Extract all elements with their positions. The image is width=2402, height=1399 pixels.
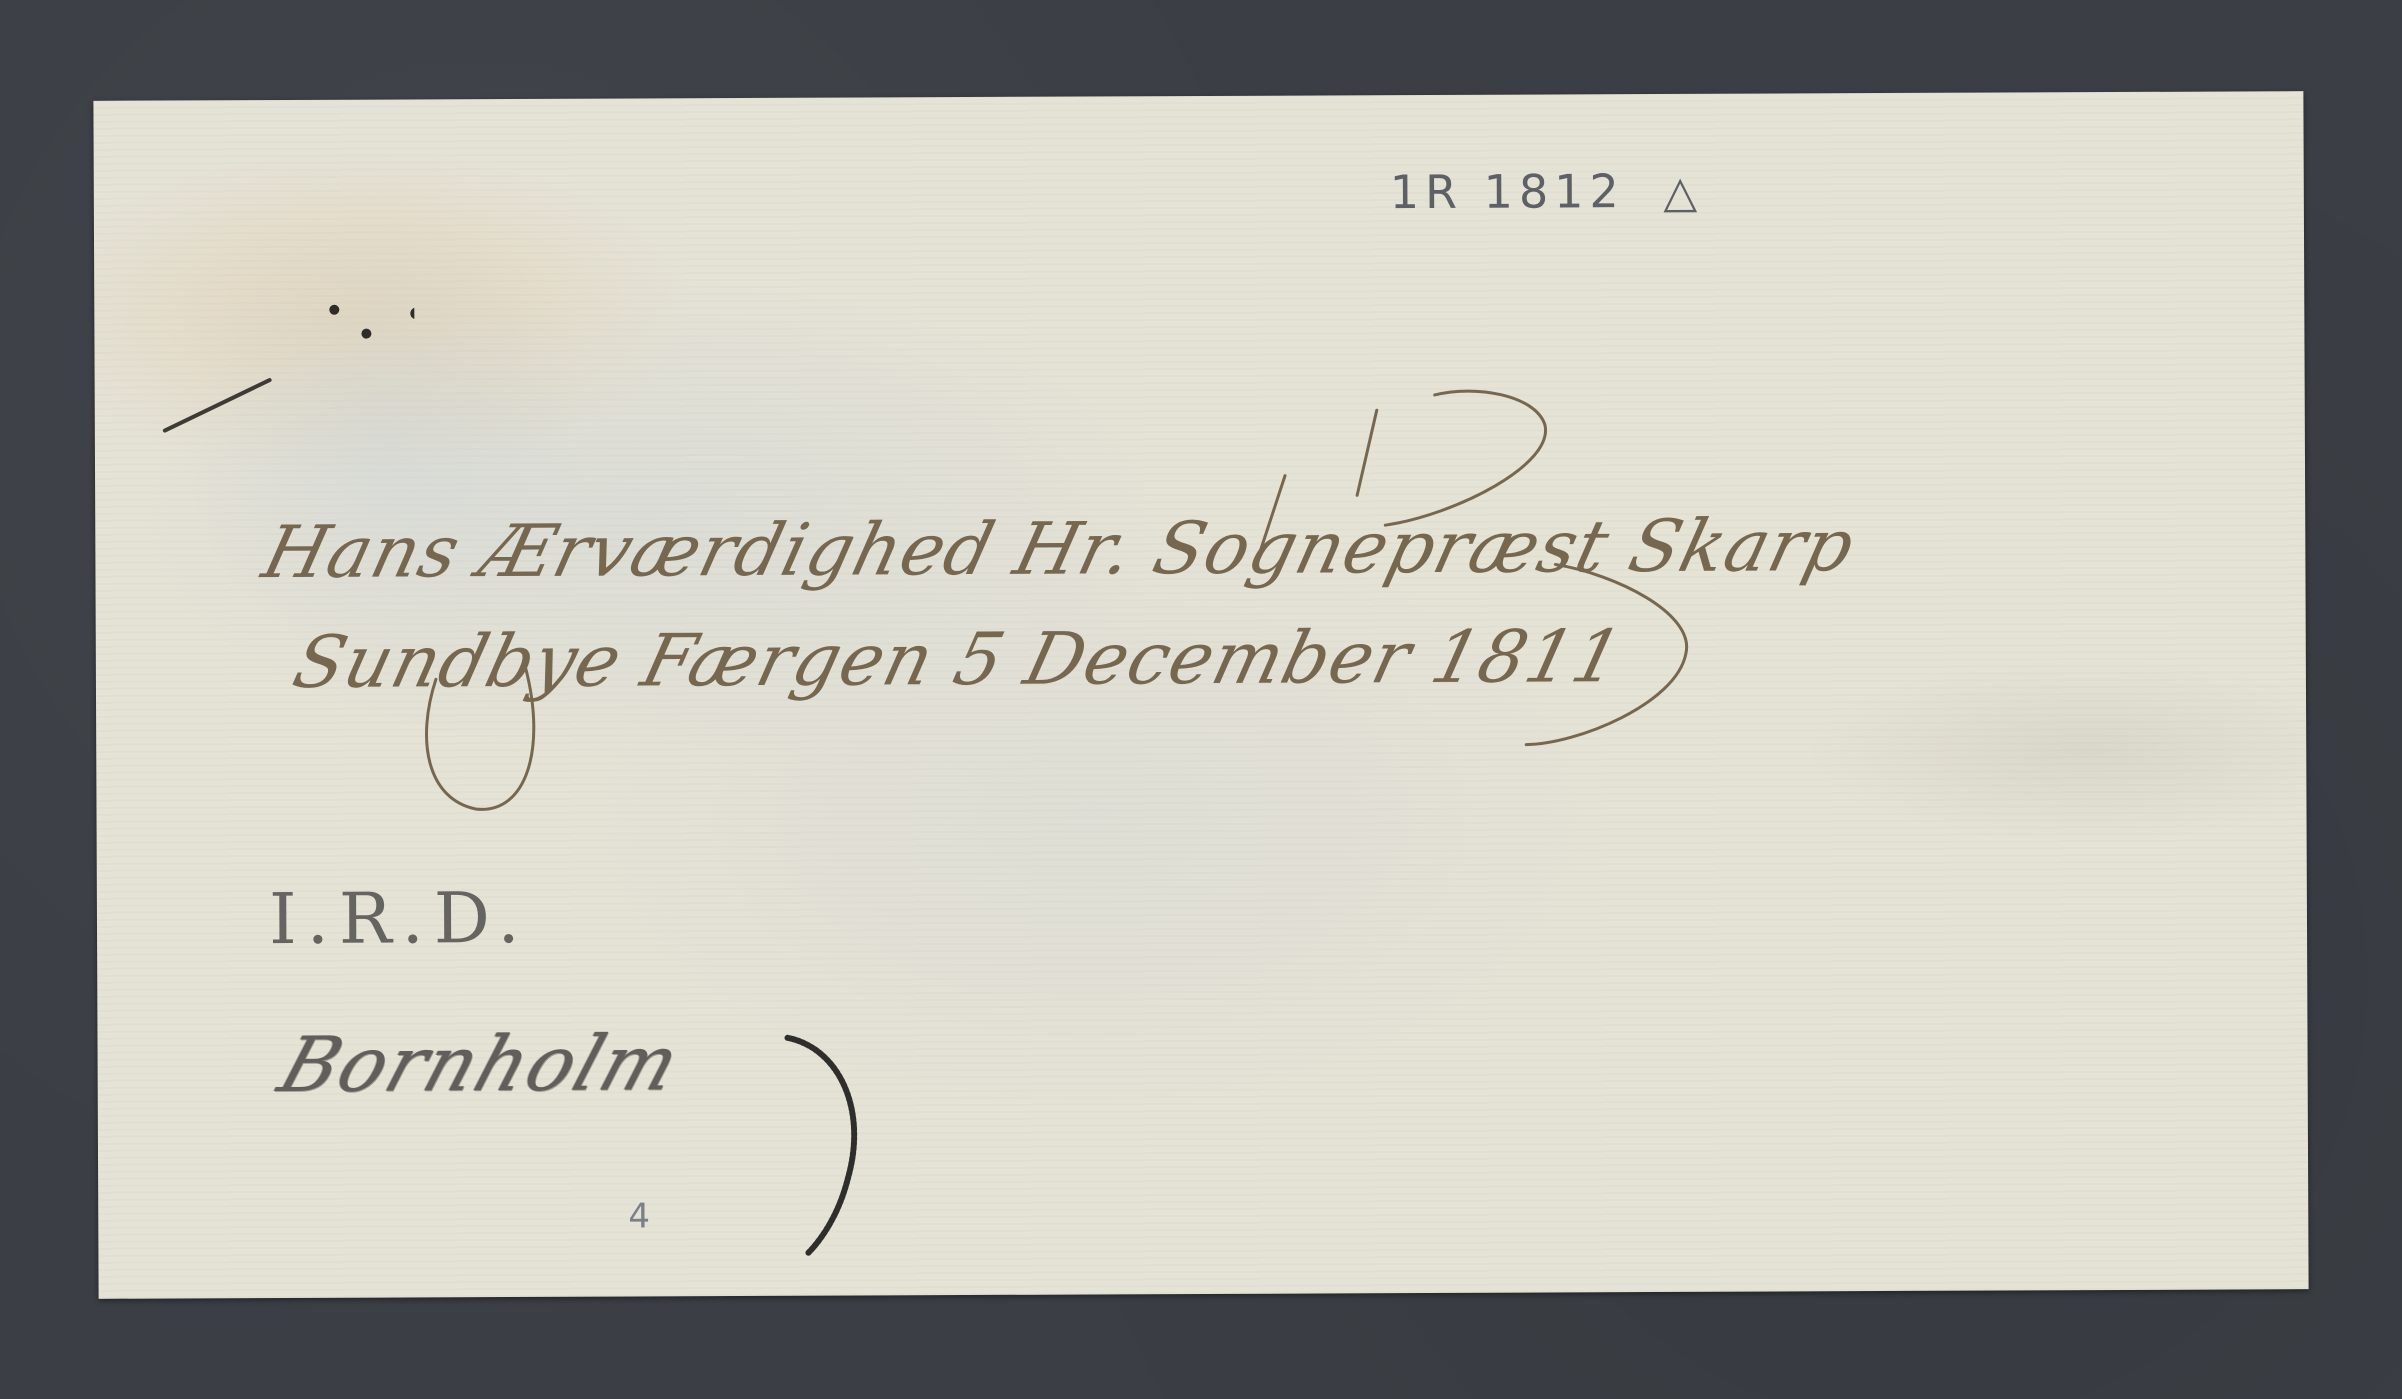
- postmark-town-script: Bornholm: [269, 1018, 691, 1109]
- letter-paper: 1R 1812 △ Hans Ærværdighed Hr. Sognepræs…: [93, 91, 2308, 1299]
- handwriting-flourishes: [93, 91, 2308, 1299]
- postmark-frame-curve: [777, 1027, 878, 1257]
- pencil-number: 4: [628, 1196, 650, 1236]
- postmark-ird: I.R.D.: [269, 877, 530, 960]
